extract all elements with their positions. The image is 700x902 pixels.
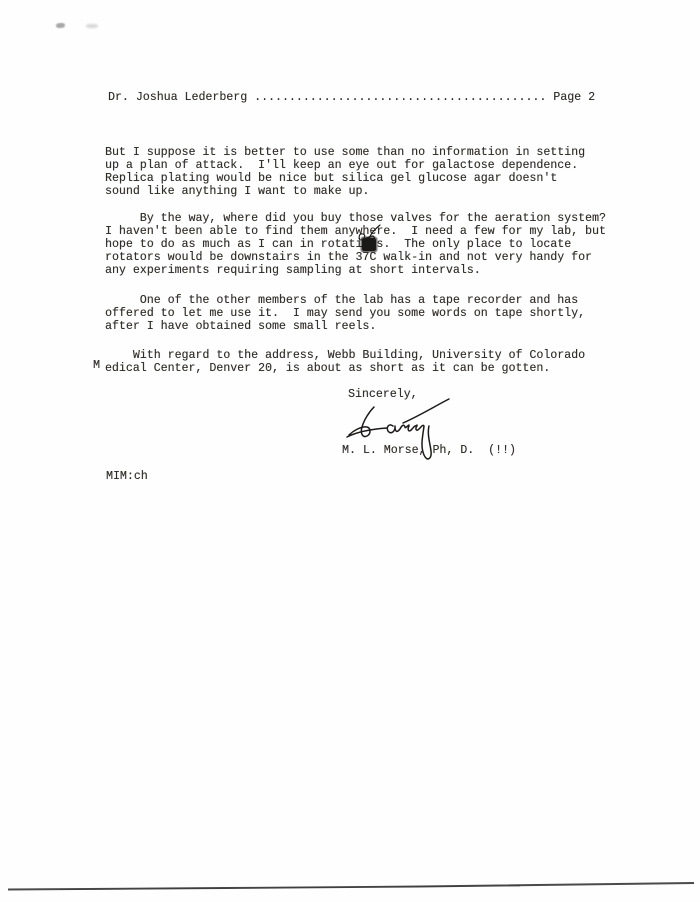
page-bottom-edge-line	[0, 876, 700, 894]
paragraph-4-line-1: With regard to the address, Webb Buildin…	[105, 349, 585, 362]
typist-initials: MIM:ch	[106, 470, 148, 483]
scan-smudge-left	[56, 23, 65, 29]
header-page-number: Page 2	[553, 91, 595, 104]
header-recipient: Dr. Joshua Lederberg	[108, 91, 247, 104]
ink-blot-strikeout: on	[362, 238, 376, 251]
page-header: Dr. Joshua Lederberg ...................…	[108, 91, 595, 104]
paragraph-3: One of the other members of the lab has …	[105, 294, 585, 333]
letter-page: Dr. Joshua Lederberg ...................…	[0, 0, 700, 902]
handwritten-correction-or	[356, 224, 384, 244]
raised-letter-m: M	[93, 359, 100, 372]
paragraph-4-line-2: Medical Center, Denver 20, is about as s…	[93, 362, 550, 375]
header-dot-leader: ........................................…	[247, 91, 553, 104]
paragraph-2: By the way, where did you buy those valv…	[105, 212, 606, 277]
paragraph-1: But I suppose it is better to use some t…	[105, 146, 585, 198]
typed-signature-name: M. L. Morse, Ph, D. (!!)	[342, 444, 516, 457]
scan-smudge-right	[86, 24, 98, 28]
paragraph-4-line-2-text: edical Center, Denver 20, is about as sh…	[105, 362, 550, 375]
